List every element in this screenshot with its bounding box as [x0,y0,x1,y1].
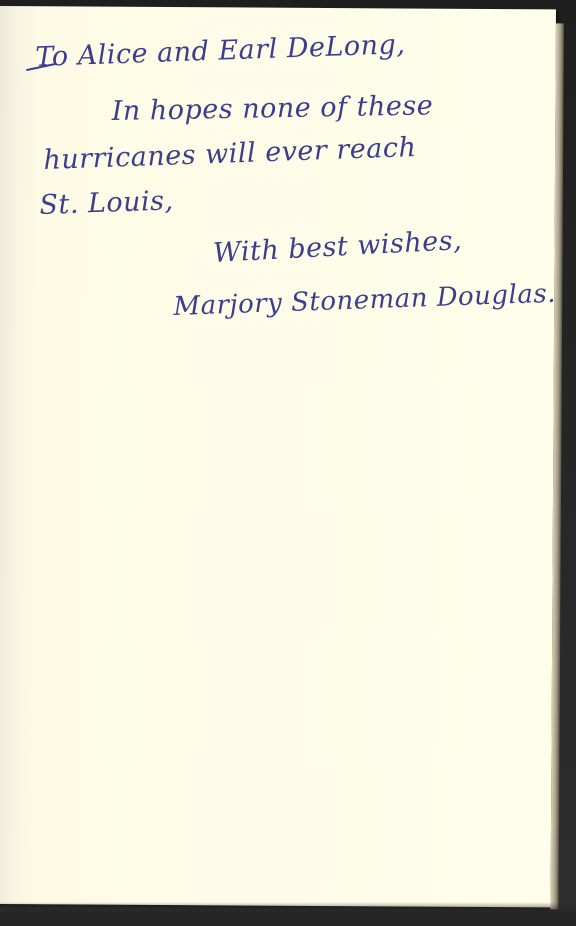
inscription-line-4: St. Louis, [39,185,174,221]
inscription-line-2: In hopes none of these [111,90,433,127]
inscription-salutation: To Alice and Earl DeLong, [35,29,406,73]
bottom-shadow [0,902,576,926]
handwritten-inscription: To Alice and Earl DeLong, In hopes none … [0,0,576,926]
inscription-closing: With best wishes, [212,225,462,269]
inscription-line-3: hurricanes will ever reach [43,132,417,176]
inscription-signature: Marjory Stoneman Douglas. [173,279,556,322]
